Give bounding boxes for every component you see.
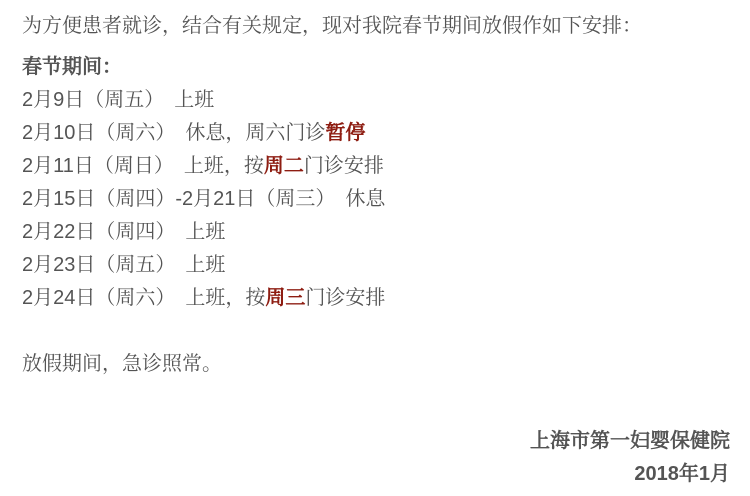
schedule-text: 2月15日（周四）-2月21日（周三） 休息 [22, 188, 385, 210]
signature-block: 上海市第一妇婴保健院 2018年1月 [22, 425, 730, 491]
signature-date: 2018年1月 [22, 458, 730, 491]
intro-text: 为方便患者就诊，结合有关规定，现对我院春节期间放假作如下安排： [22, 10, 730, 43]
schedule-text: 门诊安排 [304, 155, 384, 177]
schedule-line: 2月10日（周六） 休息，周六门诊暂停 [22, 117, 730, 150]
schedule-line: 2月11日（周日） 上班，按周二门诊安排 [22, 150, 730, 183]
schedule-line: 2月22日（周四） 上班 [22, 216, 730, 249]
holiday-notice-page: 为方便患者就诊，结合有关规定，现对我院春节期间放假作如下安排： 春节期间： 2月… [0, 0, 750, 496]
schedule-text: 门诊安排 [305, 287, 385, 309]
note-text: 放假期间，急诊照常。 [22, 348, 730, 381]
schedule-line: 2月9日（周五） 上班 [22, 84, 730, 117]
schedule-text: 2月23日（周五） 上班 [22, 254, 225, 276]
schedule-line: 2月24日（周六） 上班，按周三门诊安排 [22, 282, 730, 315]
highlight-text: 周三 [265, 287, 305, 309]
schedule-line: 2月15日（周四）-2月21日（周三） 休息 [22, 183, 730, 216]
schedule-text: 2月9日（周五） 上班 [22, 89, 214, 111]
section-title: 春节期间： [22, 51, 730, 84]
signature-org: 上海市第一妇婴保健院 [22, 425, 730, 458]
schedule-text: 2月10日（周六） 休息，周六门诊 [22, 122, 325, 144]
schedule-text: 2月22日（周四） 上班 [22, 221, 225, 243]
schedule-text: 2月24日（周六） 上班，按 [22, 287, 265, 309]
schedule-list: 2月9日（周五） 上班2月10日（周六） 休息，周六门诊暂停2月11日（周日） … [22, 84, 730, 315]
highlight-text: 周二 [264, 155, 304, 177]
schedule-line: 2月23日（周五） 上班 [22, 249, 730, 282]
schedule-text: 2月11日（周日） 上班，按 [22, 155, 264, 177]
highlight-text: 暂停 [325, 122, 365, 144]
